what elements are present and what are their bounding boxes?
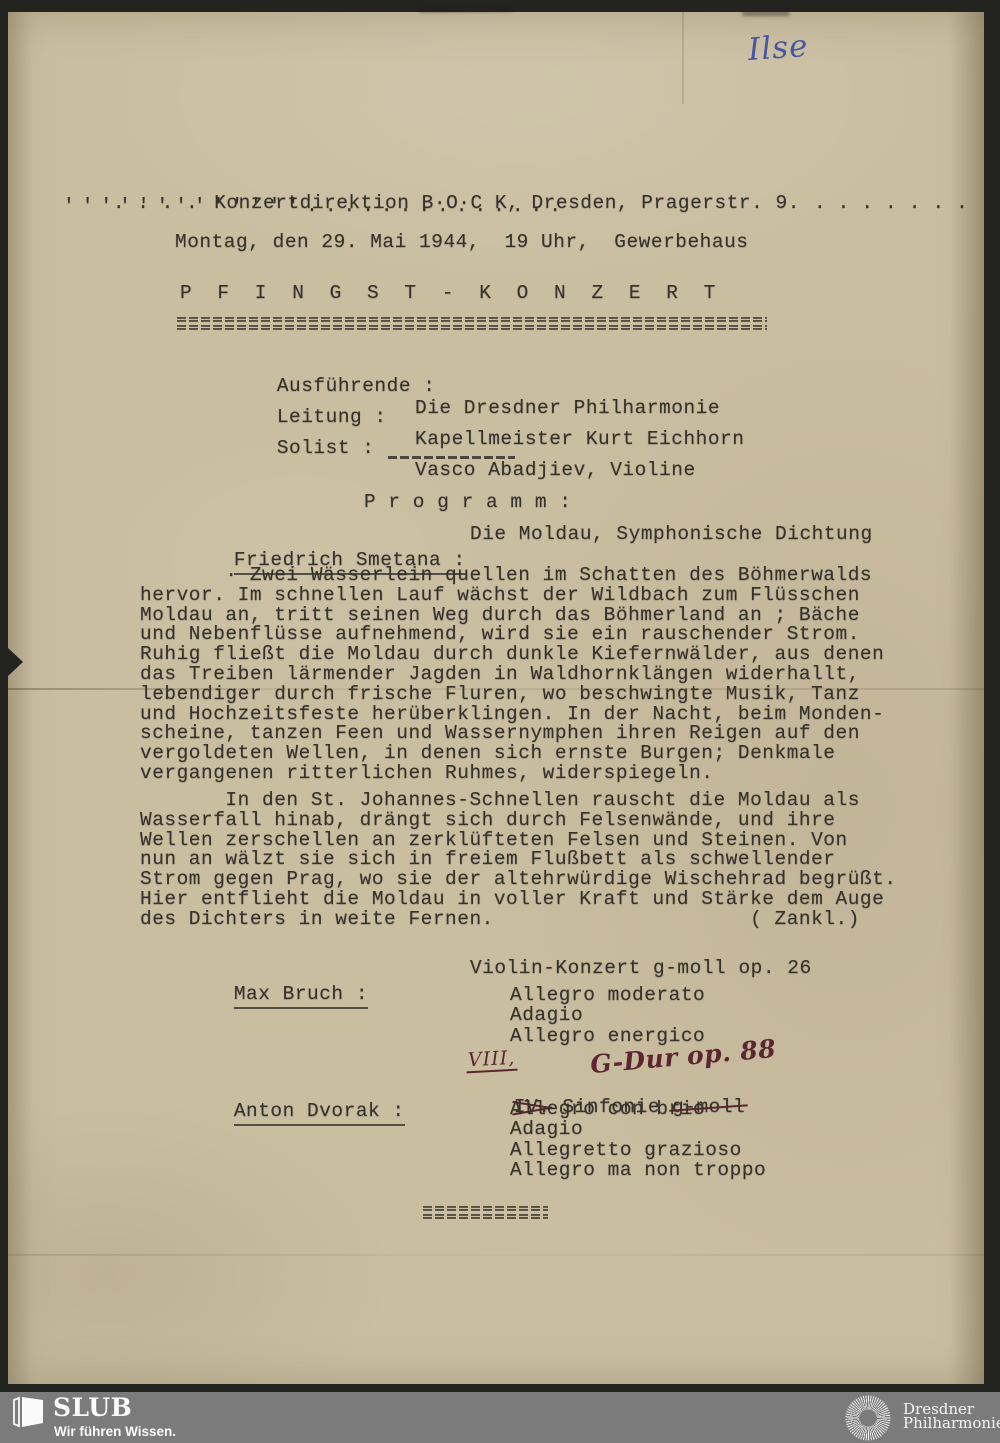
bruch-heading: Max Bruch : xyxy=(185,961,368,1031)
document-scan-page: Ilse . . . .Konzertdirektion B·O·C K, Dr… xyxy=(0,0,1000,1443)
dotted-rule-right: ....... xyxy=(814,192,980,214)
dotted-rule-row: '''''''''''''.............. xyxy=(63,195,568,217)
slub-slogan: Wir führen Wissen. xyxy=(54,1424,176,1439)
edge-tear xyxy=(8,648,23,676)
fold-crease xyxy=(682,12,684,104)
concert-title: P F I N G S T - K O N Z E R T xyxy=(180,282,722,304)
starburst-icon xyxy=(844,1394,892,1442)
title-underline-rule xyxy=(177,317,767,330)
bruch-movements-list: Allegro moderato Adagio Allegro energico xyxy=(510,985,705,1046)
handwritten-symphony-numeral: VIII, xyxy=(465,1047,517,1074)
performers-value: Kapellmeister Kurt Eichhorn xyxy=(415,428,744,450)
moldau-description-paragraph-2: In den St. Johannes-Schnellen rauscht di… xyxy=(140,791,897,930)
fold-crease xyxy=(8,1254,984,1256)
smetana-work-title: Die Moldau, Symphonische Dichtung xyxy=(470,523,873,545)
handwritten-name-annotation: Ilse xyxy=(747,28,810,68)
moldau-description-paragraph-1: · Zwei Wässerlein quellen im Schatten de… xyxy=(140,566,884,784)
composer-name: Anton Dvorak : xyxy=(234,1100,405,1126)
closing-rule xyxy=(423,1206,548,1219)
performers-value: Vasco Abadjiev, Violine xyxy=(415,459,696,481)
bruch-work-title: Violin-Konzert g-moll op. 26 xyxy=(470,957,812,979)
dvorak-heading: Anton Dvorak : xyxy=(185,1078,405,1148)
dvorak-movements-list: Allegro con brio Adagio Allegretto grazi… xyxy=(510,1099,766,1180)
slub-wordmark: SLUB xyxy=(53,1393,132,1422)
ink-smudge xyxy=(418,6,513,13)
slub-book-icon xyxy=(13,1395,45,1429)
performers-value: Die Dresdner Philharmonie xyxy=(415,397,720,419)
slub-logo[interactable]: SLUB Wir führen Wissen. xyxy=(13,1395,243,1441)
philharmonie-wordmark-line2: Philharmonie xyxy=(903,1416,1000,1430)
concert-date-line: Montag, den 29. Mai 1944, 19 Uhr, Gewerb… xyxy=(175,231,749,253)
philharmonie-wordmark: Dresdner Philharmonie xyxy=(903,1402,1000,1430)
performers-label: Solist : xyxy=(277,437,375,459)
section-divider-dashes xyxy=(388,456,515,459)
performers-row-soloist: Solist : Vasco Abadjiev, Violine xyxy=(228,415,374,503)
philharmonie-logo[interactable]: Dresdner Philharmonie xyxy=(840,1392,1000,1443)
ink-smudge xyxy=(742,11,790,16)
program-heading: P r o g r a m m : xyxy=(364,491,571,513)
composer-name: Max Bruch : xyxy=(234,983,368,1009)
viewer-footer-bar: SLUB Wir führen Wissen. Dresdner Philhar… xyxy=(0,1392,1000,1443)
